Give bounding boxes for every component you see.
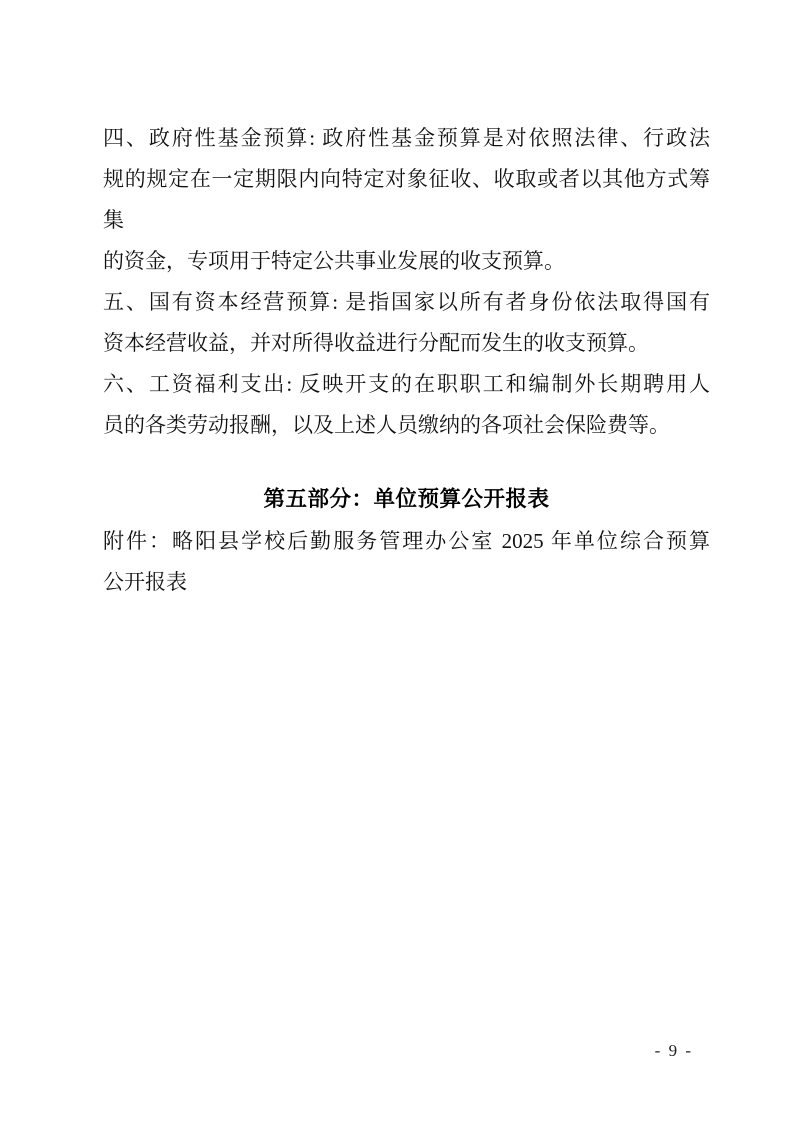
- document-page: 四、政府性基金预算: 政府性基金预算是对依照法律、行政法 规的规定在一定期限内向…: [0, 0, 793, 1122]
- attachment-line: 公开报表: [103, 562, 710, 603]
- paragraph-line: 四、政府性基金预算: 政府性基金预算是对依照法律、行政法: [103, 118, 710, 159]
- attachment-line: 附件：略阳县学校后勤服务管理办公室 2025 年单位综合预算: [103, 521, 710, 562]
- paragraph-line: 资本经营收益，并对所得收益进行分配而发生的收支预算。: [103, 323, 710, 364]
- page-number: - 9 -: [655, 1041, 693, 1061]
- page-content: 四、政府性基金预算: 政府性基金预算是对依照法律、行政法 规的规定在一定期限内向…: [0, 0, 793, 603]
- paragraph-line: 规的规定在一定期限内向特定对象征收、收取或者以其他方式筹集: [103, 159, 710, 241]
- paragraph-line: 六、工资福利支出: 反映开支的在职职工和编制外长期聘用人: [103, 364, 710, 405]
- paragraph-line: 员的各类劳动报酬，以及上述人员缴纳的各项社会保险费等。: [103, 405, 710, 446]
- paragraph-line: 五、国有资本经营预算: 是指国家以所有者身份依法取得国有: [103, 282, 710, 323]
- paragraph-line: 的资金，专项用于特定公共事业发展的收支预算。: [103, 241, 710, 282]
- section-heading: 第五部分：单位预算公开报表: [103, 478, 710, 521]
